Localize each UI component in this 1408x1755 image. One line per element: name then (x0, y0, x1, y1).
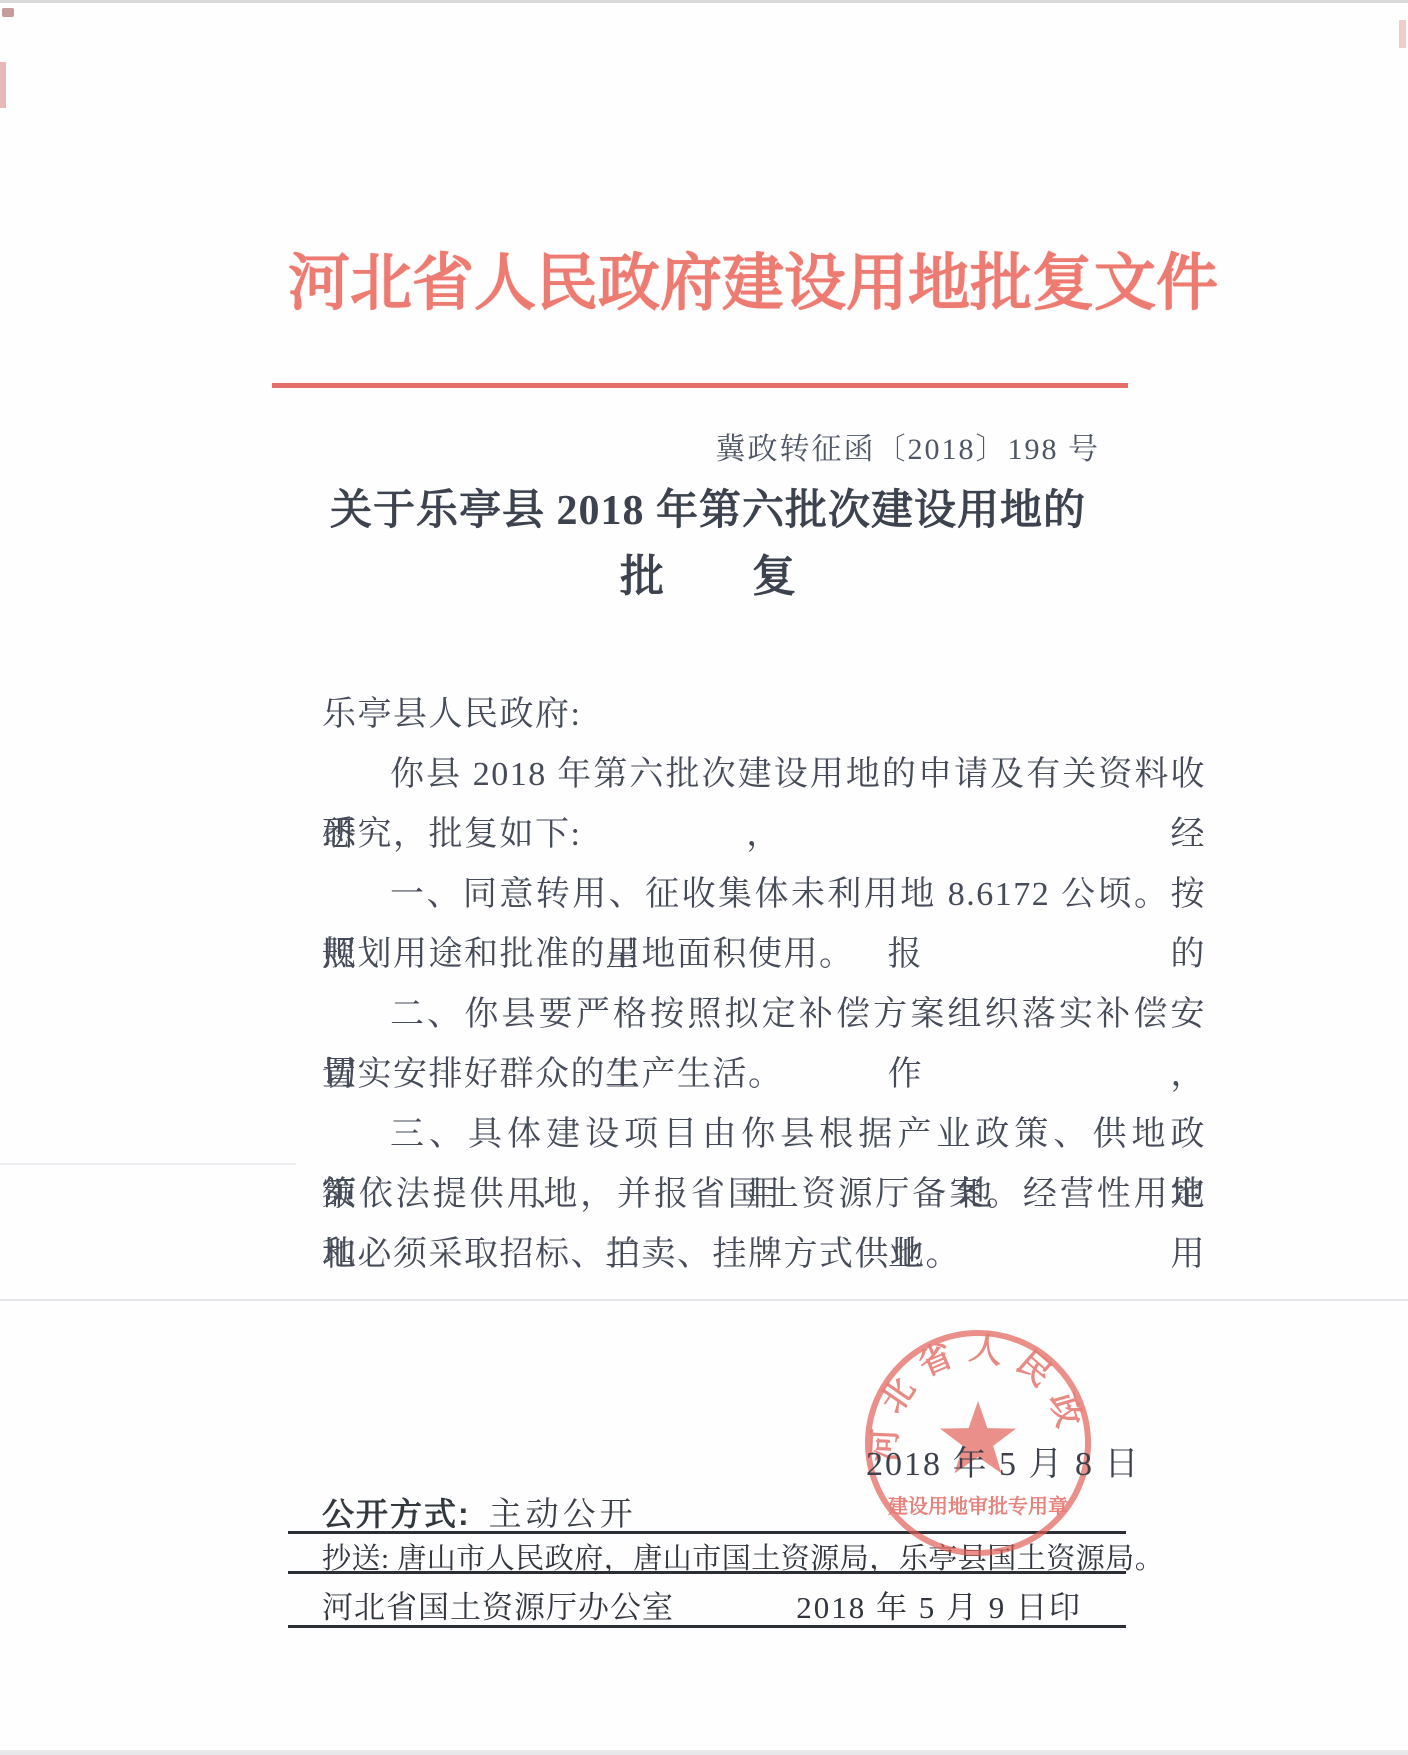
document-title-line2: 批 复 (288, 540, 1128, 604)
scan-speck (0, 62, 6, 108)
publicity-value: 主动公开 (489, 1497, 637, 1533)
scan-speck (1399, 20, 1406, 48)
body-line: 额依法提供用地，并报省国土资源厅备案。经营性用地和工业用 (322, 1165, 1206, 1225)
letterhead-title: 河北省人民政府建设用地批复文件 (288, 233, 1128, 322)
approval-date: 2018 年 5 月 8 日 (866, 1436, 1141, 1485)
scan-artifact-line (0, 1163, 296, 1165)
body-line: 你县 2018 年第六批次建设用地的申请及有关资料收悉，经 (322, 745, 1206, 805)
scan-bottom-edge (0, 1750, 1408, 1755)
body-line: 二、你县要严格按照拟定补偿方案组织落实补偿安置工作， (322, 985, 1206, 1045)
body-line-salutation: 乐亭县人民政府: (322, 685, 1206, 745)
scan-artifact-line (0, 1299, 1408, 1301)
seal-bottom-text: 建设用地审批专用章 (888, 1494, 1068, 1518)
document-title-line1: 关于乐亭县 2018 年第六批次建设用地的 (288, 477, 1128, 537)
publicity-label: 公开方式: (322, 1496, 471, 1532)
scan-speck (2, 8, 14, 17)
body-line: 三、具体建设项目由你县根据产业政策、供地政策、用地定 (322, 1105, 1206, 1165)
scan-top-edge (0, 0, 1408, 3)
document-page: 河北省人民政府建设用地批复文件 冀政转征函〔2018〕198 号 关于乐亭县 2… (0, 0, 1408, 1755)
body-line: 一、同意转用、征收集体未利用地 8.6172 公顷。按照呈报的 (322, 865, 1206, 925)
issuer-office: 河北省国土资源厅办公室 (322, 1582, 674, 1627)
letterhead-divider (272, 383, 1128, 388)
publicity-row: 公开方式:主动公开 (322, 1488, 637, 1535)
document-body: 乐亭县人民政府: 你县 2018 年第六批次建设用地的申请及有关资料收悉，经 研… (322, 685, 1206, 1285)
document-number: 冀政转征函〔2018〕198 号 (288, 424, 1100, 468)
